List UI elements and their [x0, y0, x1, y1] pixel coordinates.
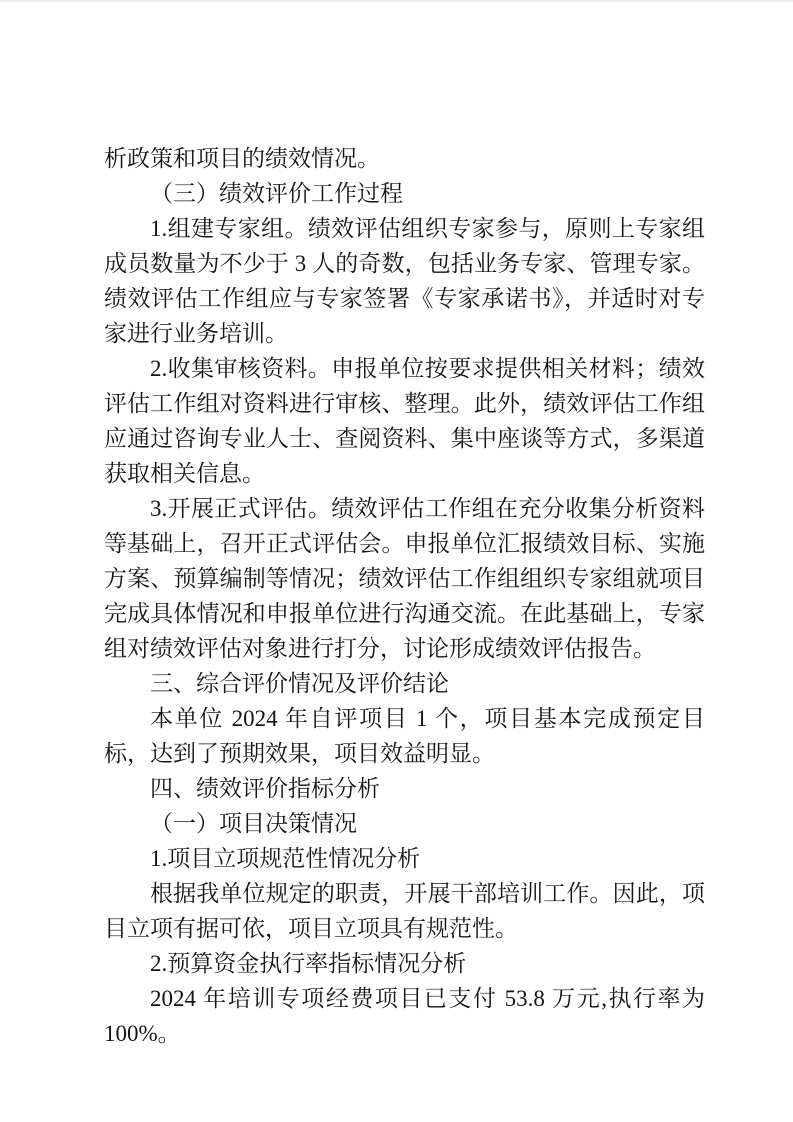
paragraph-expert-group: 1.组建专家组。绩效评估组织专家参与，原则上专家组成员数量为不少于 3 人的奇数…	[104, 211, 705, 351]
paragraph-budget-execution-result: 2024 年培训专项经费项目已支付 53.8 万元,执行率为 100%。	[104, 981, 705, 1051]
paragraph-project-approval-basis: 根据我单位规定的职责，开展干部培训工作。因此，项目立项有据可依，项目立项具有规范…	[104, 876, 705, 946]
heading-budget-execution-rate: 2.预算资金执行率指标情况分析	[104, 946, 705, 981]
heading-overall-evaluation-conclusion: 三、综合评价情况及评价结论	[104, 666, 705, 701]
heading-indicator-analysis: 四、绩效评价指标分析	[104, 771, 705, 806]
paragraph-continuation: 析政策和项目的绩效情况。	[104, 141, 705, 176]
paragraph-collect-review-materials: 2.收集审核资料。申报单位按要求提供相关材料；绩效评估工作组对资料进行审核、整理…	[104, 351, 705, 491]
paragraph-self-evaluation-result: 本单位 2024 年自评项目 1 个，项目基本完成预定目标，达到了预期效果，项目…	[104, 701, 705, 771]
document-page: 析政策和项目的绩效情况。 （三）绩效评价工作过程 1.组建专家组。绩效评估组织专…	[0, 0, 793, 1122]
heading-project-decision: （一）项目决策情况	[104, 806, 705, 841]
heading-evaluation-work-process: （三）绩效评价工作过程	[104, 176, 705, 211]
paragraph-formal-evaluation: 3.开展正式评估。绩效评估工作组在充分收集分析资料等基础上，召开正式评估会。申报…	[104, 491, 705, 666]
heading-project-approval-normativity: 1.项目立项规范性情况分析	[104, 841, 705, 876]
